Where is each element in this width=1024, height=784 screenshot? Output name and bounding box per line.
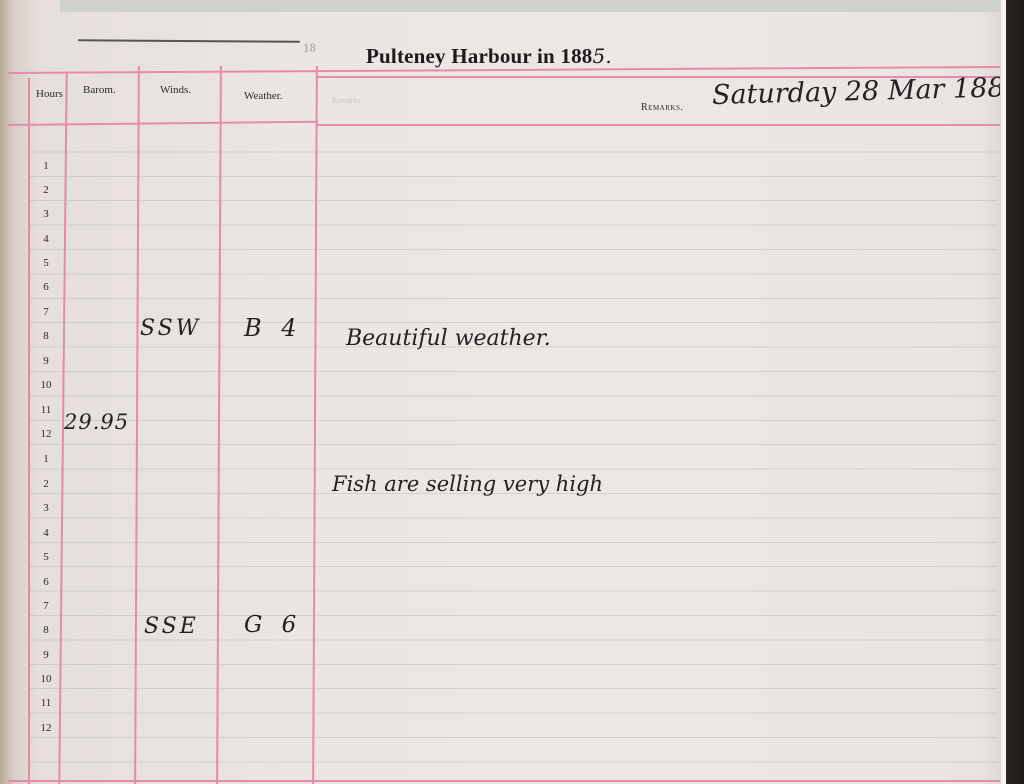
hour-label-am-8: 8 <box>32 330 60 342</box>
hour-label-pm-3: 3 <box>32 502 60 514</box>
page-bottom-rule <box>8 780 1000 782</box>
entry-am8-winds: SSW <box>140 316 201 341</box>
ledger-page: 18 Pulteney Harbour in 1885. Hours Barom… <box>0 0 1006 784</box>
column-header-barom: Barom. <box>83 84 116 96</box>
header-bottom-rule-remarks <box>316 124 1000 126</box>
hour-label-pm-10: 10 <box>32 673 60 685</box>
hour-label-pm-4: 4 <box>32 527 60 539</box>
bleed-through-remarks: Remarks. <box>332 96 362 105</box>
column-header-weather: Weather. <box>244 90 283 102</box>
margin-rule <box>28 78 30 784</box>
entry-pm8-weather: G 6 <box>244 612 302 638</box>
hour-label-pm-11: 11 <box>32 697 60 709</box>
column-header-winds: Winds. <box>160 84 191 96</box>
page-top-shade <box>60 0 1006 12</box>
entry-pm2-remarks: Fish are selling very high <box>332 472 603 496</box>
header-bottom-rule <box>8 121 318 126</box>
ruled-lines <box>28 128 998 778</box>
entry-am12-barom: 29.95 <box>64 410 129 434</box>
hour-label-am-5: 5 <box>32 257 60 269</box>
hour-label-am-10: 10 <box>32 379 60 391</box>
bleed-through-page-number: 18 <box>303 40 316 56</box>
entry-pm8-winds: SSE <box>144 614 199 639</box>
hour-label-pm-8: 8 <box>32 624 60 636</box>
hour-label-pm-1: 1 <box>32 453 60 465</box>
entry-am8-remarks: Beautiful weather. <box>346 326 551 351</box>
book-binding <box>1006 0 1024 784</box>
column-header-hours: Hours <box>36 88 63 100</box>
title-year-handwritten: 5. <box>592 44 611 68</box>
title-decorative-rule <box>78 39 300 43</box>
hour-label-pm-6: 6 <box>32 576 60 588</box>
hour-label-pm-5: 5 <box>32 551 60 563</box>
column-header-remarks: Remarks. <box>641 102 683 113</box>
hour-label-am-9: 9 <box>32 355 60 367</box>
hour-label-am-4: 4 <box>32 233 60 245</box>
hour-label-am-11: 11 <box>32 404 60 416</box>
page-title: Pulteney Harbour in 1885. <box>366 44 612 69</box>
title-printed: Pulteney Harbour in 188 <box>366 44 592 68</box>
hour-label-pm-2: 2 <box>32 478 60 490</box>
hour-label-pm-7: 7 <box>32 600 60 612</box>
hour-label-am-7: 7 <box>32 306 60 318</box>
hour-label-am-6: 6 <box>32 281 60 293</box>
entry-am8-weather: B 4 <box>244 314 303 342</box>
hour-label-am-3: 3 <box>32 208 60 220</box>
hour-label-am-12: 12 <box>32 428 60 440</box>
hour-label-pm-12: 12 <box>32 722 60 734</box>
hour-label-pm-9: 9 <box>32 649 60 661</box>
hour-label-am-2: 2 <box>32 184 60 196</box>
hour-label-am-1: 1 <box>32 160 60 172</box>
